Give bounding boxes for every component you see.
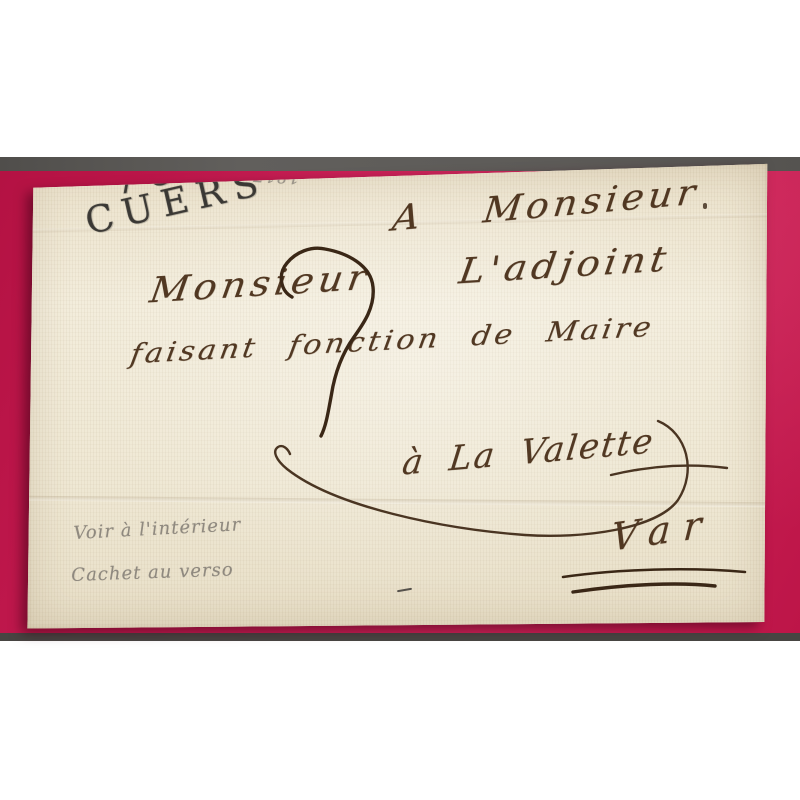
postage-due-value: 2 <box>27 163 28 164</box>
scan-edge-strip-bottom <box>0 633 800 641</box>
folded-letter: 78 CUERS 1817 A Monsieur Monsieur L'adjo… <box>27 163 768 629</box>
letter-wrapper: 78 CUERS 1817 A Monsieur Monsieur L'adjo… <box>27 163 768 629</box>
var-underline-1 <box>563 569 745 577</box>
var-underline-2 <box>573 584 715 592</box>
valette-flourish-stroke <box>275 421 688 536</box>
ink-speck <box>703 203 707 209</box>
valette-tbar-stroke <box>611 466 727 475</box>
manuscript-ink-strokes <box>27 163 768 629</box>
postage-due-2-stroke <box>281 248 373 436</box>
